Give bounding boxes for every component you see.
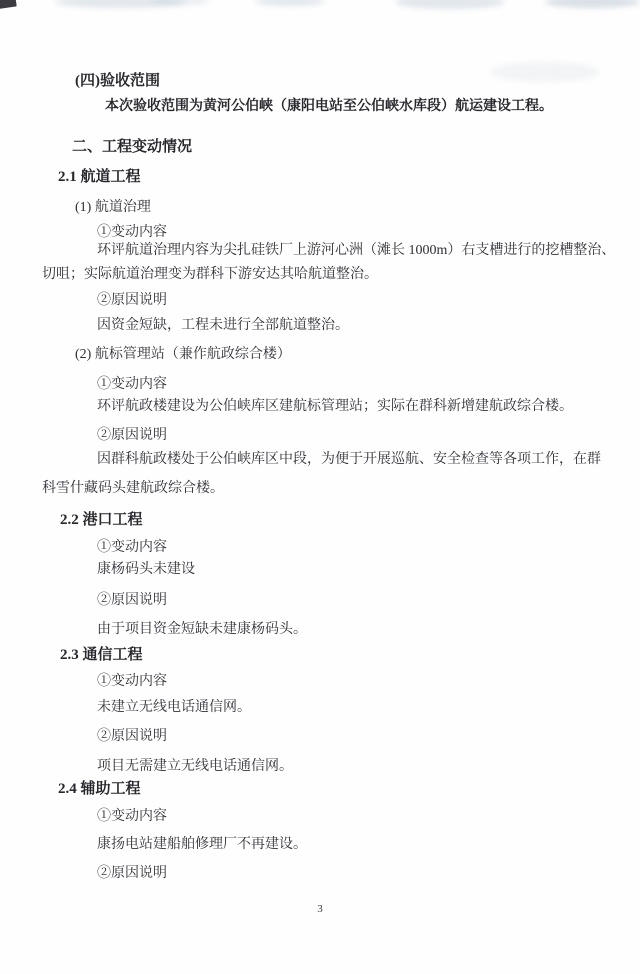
body-acceptance-scope-statement: 本次验收范围为黄河公伯峡（康阳电站至公伯峡水库段）航运建设工程。 <box>105 99 553 115</box>
item-reason-label: ②原因说明 <box>97 293 167 309</box>
body-line-continuation: 切咀；实际航道治理变为群科下游安达其哈航道整治。 <box>42 267 378 283</box>
heading-section-4-acceptance-scope: (四)验收范围 <box>75 73 160 89</box>
heading-2-3-communication-works: 2.3 通信工程 <box>60 647 143 663</box>
item-change-content-label: ①变动内容 <box>97 540 167 556</box>
document-page: (四)验收范围 本次验收范围为黄河公伯峡（康阳电站至公伯峡水库段）航运建设工程。… <box>0 0 640 974</box>
item-change-content-label: ①变动内容 <box>97 674 167 690</box>
body-line: 康扬电站建船舶修理厂不再建设。 <box>97 837 307 853</box>
item-change-content-label: ①变动内容 <box>97 377 167 393</box>
body-line-continuation: 科雪什藏码头建航政综合楼。 <box>42 481 224 497</box>
body-line: 由于项目资金短缺未建康杨码头。 <box>97 622 307 638</box>
scan-smudge <box>490 62 600 82</box>
scan-smudge <box>255 0 325 6</box>
scan-smudge <box>545 0 640 8</box>
item-reason-label: ②原因说明 <box>97 428 167 444</box>
item-reason-label: ②原因说明 <box>97 729 167 745</box>
item-reason-label: ②原因说明 <box>97 866 167 882</box>
body-line: 项目无需建立无线电话通信网。 <box>97 759 293 775</box>
body-line: 未建立无线电话通信网。 <box>97 700 251 716</box>
subheading-1-channel-regulation: (1) 航道治理 <box>75 200 151 216</box>
scan-corner-mark <box>0 0 17 9</box>
page-number: 3 <box>0 903 640 915</box>
heading-2-1-channel-works: 2.1 航道工程 <box>58 169 141 185</box>
body-line: 环评航道治理内容为尖扎硅铁厂上游河心洲（滩长 1000m）右支槽进行的挖槽整治、 <box>97 243 615 259</box>
body-line: 康杨码头未建设 <box>97 562 195 578</box>
subheading-2-beacon-station: (2) 航标管理站（兼作航政综合楼） <box>75 347 291 363</box>
body-line: 环评航政楼建设为公伯峡库区建航标管理站；实际在群科新增建航政综合楼。 <box>97 399 573 415</box>
item-change-content-label: ①变动内容 <box>97 809 167 825</box>
body-line: 因资金短缺，工程未进行全部航道整治。 <box>97 318 349 334</box>
item-change-content-label: ①变动内容 <box>97 225 167 241</box>
item-reason-label: ②原因说明 <box>97 593 167 609</box>
heading-part-2-project-changes: 二、工程变动情况 <box>72 139 192 155</box>
heading-2-4-auxiliary-works: 2.4 辅助工程 <box>58 781 141 797</box>
heading-2-2-port-works: 2.2 港口工程 <box>60 512 143 528</box>
scan-smudge <box>395 0 505 9</box>
body-line: 因群科航政楼处于公伯峡库区中段，为便于开展巡航、安全检查等各项工作，在群 <box>97 452 601 468</box>
